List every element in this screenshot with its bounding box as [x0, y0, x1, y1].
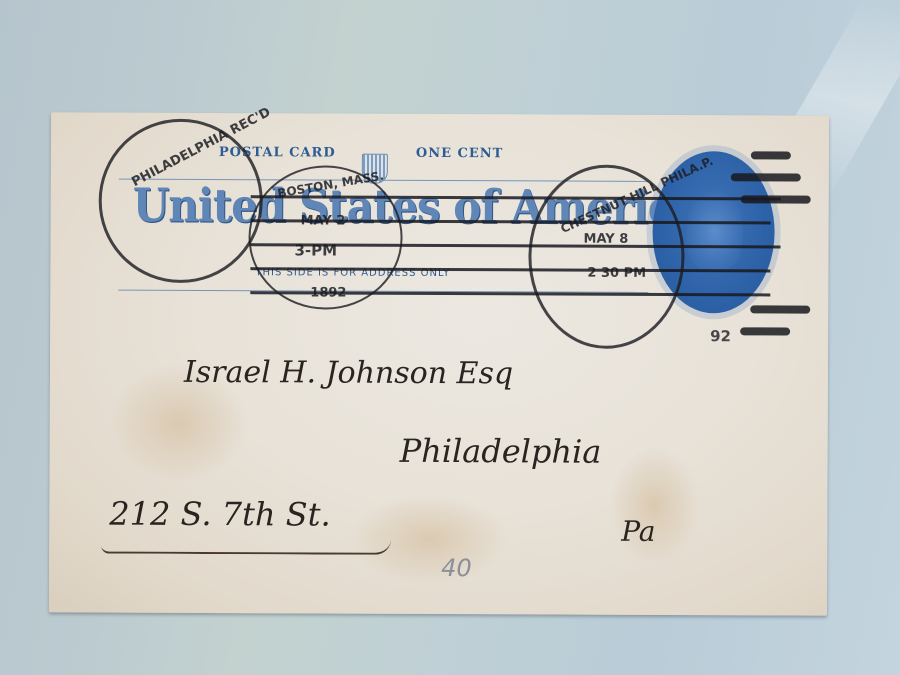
header-one-cent: ONE CENT	[416, 146, 504, 161]
duplex-number: 92	[710, 327, 731, 345]
postmark-philadelphia-received: PHILADELPHIA REC'D	[98, 119, 263, 284]
address-street: 212 S. 7th St.	[109, 495, 330, 534]
cancel-bar	[751, 151, 791, 159]
postal-card: POSTAL CARD ONE CENT United States of Am…	[49, 112, 829, 615]
address-city: Philadelphia	[400, 432, 602, 471]
underline-flourish	[101, 538, 391, 555]
address-state: Pa	[621, 515, 655, 548]
address-name: Israel H. Johnson Esq	[184, 355, 513, 391]
portrait-face	[686, 191, 742, 271]
cancel-bar	[740, 327, 790, 335]
pencil-note: 40	[441, 554, 472, 582]
cancel-bar	[731, 173, 801, 181]
cancel-bar	[750, 305, 810, 313]
postmark-chestnut-hill: CHESTNUT HILL PHILA.P. MAY 8 2 30 PM	[528, 164, 685, 349]
cancel-bar	[741, 195, 811, 203]
postmark-boston: BOSTON, MASS. MAY 2 3-PM 1892	[248, 165, 403, 310]
